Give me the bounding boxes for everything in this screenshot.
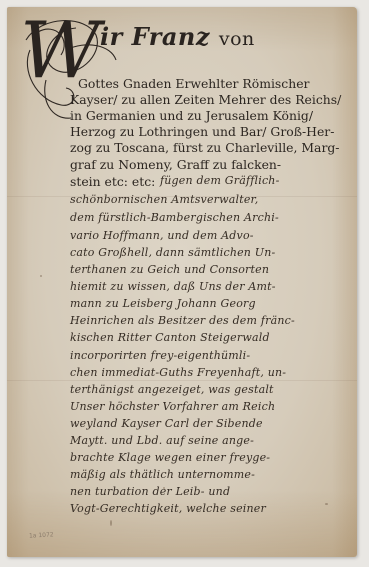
- formal-line-2: Kayser/ zu allen Zeiten Mehrer des Reich…: [70, 92, 341, 107]
- document-heading: ir Franz von: [100, 22, 255, 51]
- fold-line: [7, 380, 357, 381]
- formal-line-3: in Germanien und zu Jerusalem König/: [70, 108, 313, 123]
- cursive-line-3: dem fürstlich-Bambergischen Archi-: [70, 211, 279, 224]
- cursive-line-20: Vogt-Gerechtigkeit, welche seiner: [70, 502, 266, 515]
- cursive-line-19: nen turbation der Leib- und: [70, 485, 230, 498]
- cursive-line-5: cato Großhell, dann sämtlichen Un-: [70, 246, 275, 259]
- formal-line-4: Herzog zu Lothringen und Bar/ Groß-Her-: [70, 124, 334, 139]
- ink-stain: [325, 503, 328, 505]
- cursive-line-12: chen immediat-Guths Freyenhaft, un-: [70, 366, 286, 379]
- heading-text: ir Franz: [100, 22, 210, 51]
- formal-line-5: zog zu Toscana, fürst zu Charleville, Ma…: [70, 140, 340, 155]
- heading-von: von: [219, 28, 255, 50]
- cursive-line-4: vario Hoffmann, und dem Advo-: [70, 229, 254, 242]
- cursive-line-8: mann zu Leisberg Johann Georg: [70, 297, 256, 310]
- formal-line-6: graf zu Nomeny, Graff zu falcken-: [70, 157, 281, 172]
- formal-line-7: stein etc: etc:: [70, 174, 155, 189]
- cursive-line-6: terthanen zu Geich und Consorten: [70, 263, 269, 276]
- ink-stain: [163, 487, 165, 489]
- formal-line-1: Gottes Gnaden Erwehlter Römischer: [78, 76, 309, 91]
- cursive-line-16: Maytt. und Lbd. auf seine ange-: [70, 434, 254, 447]
- cursive-line-1: fügen dem Gräfflich-: [160, 174, 280, 187]
- cursive-line-11: incorporirten frey-eigenthümli-: [70, 349, 250, 362]
- ink-stain: [110, 520, 112, 526]
- archive-pencil-note: 1a 1072: [29, 531, 54, 539]
- cursive-line-15: weyland Kayser Carl der Sibende: [70, 417, 263, 430]
- cursive-line-10: kischen Ritter Canton Steigerwald: [70, 331, 270, 344]
- cursive-line-17: brachte Klage wegen einer freyge-: [70, 451, 270, 464]
- cursive-line-13: terthänigst angezeiget, was gestalt: [70, 383, 274, 396]
- cursive-line-7: hiemit zu wissen, daß Uns der Amt-: [70, 280, 276, 293]
- cursive-line-9: Heinrichen als Besitzer des dem fränc-: [70, 314, 295, 327]
- cursive-line-2: schönbornischen Amtsverwalter,: [70, 193, 259, 206]
- ink-stain: [40, 275, 42, 277]
- cursive-line-18: mäßig als thätlich unternomme-: [70, 468, 255, 481]
- cursive-line-14: Unser höchster Vorfahrer am Reich: [70, 400, 275, 413]
